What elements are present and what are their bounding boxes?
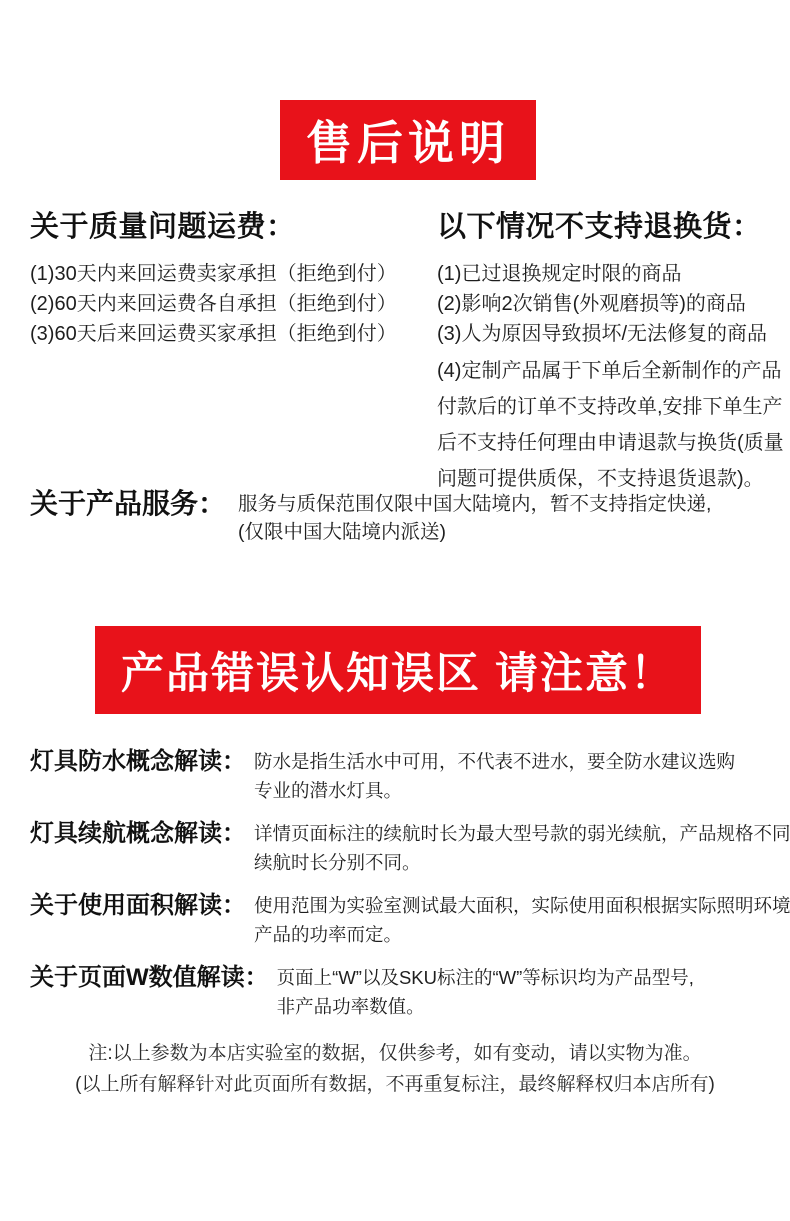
note-wattage-value-body: 页面上“W”以及SKU标注的“W”等标识均为产品型号, 非产品功率数值。 — [277, 963, 694, 1021]
no-return-paragraph-line: 后不支持任何理由申请退款与换货(质量 — [437, 425, 789, 461]
misconception-warning-label: 产品错误认知误区 请注意！ — [121, 640, 675, 701]
shipping-policy-heading: 关于质量问题运费： — [30, 207, 430, 247]
note-line: 产品的功率而定。 — [254, 920, 790, 949]
note-line: 防水是指生活水中可用，不代表不进水，要全防水建议选购 — [254, 747, 735, 776]
note-wattage-value-heading: 关于页面W数值解读： — [30, 963, 269, 992]
note-battery-life-heading: 灯具续航概念解读： — [30, 819, 246, 848]
footer-disclaimer-line: 注:以上参数为本店实验室的数据，仅供参考，如有变动，请以实物为准。 — [0, 1038, 790, 1069]
product-service-line: (仅限中国大陆境内派送) — [238, 518, 711, 546]
shipping-policy-section: 关于质量问题运费： (1)30天内来回运费卖家承担（拒绝到付） (2)60天内来… — [30, 207, 430, 349]
no-return-list: (1)已过退换规定时限的商品 (2)影响2次销售(外观磨损等)的商品 (3)人为… — [437, 259, 789, 349]
product-service-section: 关于产品服务： 服务与质保范围仅限中国大陆境内，暂不支持指定快递, (仅限中国大… — [30, 488, 711, 546]
product-service-body: 服务与质保范围仅限中国大陆境内，暂不支持指定快递, (仅限中国大陆境内派送) — [238, 488, 711, 546]
note-coverage-area-body: 使用范围为实验室测试最大面积，实际使用面积根据实际照明环境, 产品的功率而定。 — [254, 891, 790, 949]
no-return-custom-paragraph: (4)定制产品属于下单后全新制作的产品 付款后的订单不支持改单,安排下单生产 后… — [437, 353, 789, 497]
product-service-heading: 关于产品服务： — [30, 488, 226, 520]
note-waterproof-body: 防水是指生活水中可用，不代表不进水，要全防水建议选购 专业的潜水灯具。 — [254, 747, 735, 805]
after-sales-banner-label: 售后说明 — [306, 107, 510, 173]
note-line: 使用范围为实验室测试最大面积，实际使用面积根据实际照明环境, — [254, 891, 790, 920]
no-return-section: 以下情况不支持退换货： (1)已过退换规定时限的商品 (2)影响2次销售(外观磨… — [437, 207, 789, 497]
after-sales-banner: 售后说明 — [280, 100, 536, 180]
note-line: 页面上“W”以及SKU标注的“W”等标识均为产品型号, — [277, 963, 694, 992]
note-line: 详情页面标注的续航时长为最大型号款的弱光续航，产品规格不同 — [254, 819, 790, 848]
shipping-policy-item: (2)60天内来回运费各自承担（拒绝到付） — [30, 289, 430, 319]
note-wattage-value: 关于页面W数值解读： 页面上“W”以及SKU标注的“W”等标识均为产品型号, 非… — [30, 963, 775, 1021]
after-sales-page: 售后说明 关于质量问题运费： (1)30天内来回运费卖家承担（拒绝到付） (2)… — [0, 0, 790, 1221]
no-return-paragraph-line: (4)定制产品属于下单后全新制作的产品 — [437, 353, 789, 389]
note-battery-life: 灯具续航概念解读： 详情页面标注的续航时长为最大型号款的弱光续航，产品规格不同 … — [30, 819, 775, 877]
no-return-paragraph-line: 付款后的订单不支持改单,安排下单生产 — [437, 389, 789, 425]
concept-notes-section: 灯具防水概念解读： 防水是指生活水中可用，不代表不进水，要全防水建议选购 专业的… — [30, 747, 775, 1021]
shipping-policy-list: (1)30天内来回运费卖家承担（拒绝到付） (2)60天内来回运费各自承担（拒绝… — [30, 259, 430, 349]
footer-disclaimer-line: (以上所有解释针对此页面所有数据，不再重复标注，最终解释权归本店所有) — [0, 1069, 790, 1100]
no-return-item: (2)影响2次销售(外观磨损等)的商品 — [437, 289, 789, 319]
no-return-item: (3)人为原因导致损坏/无法修复的商品 — [437, 319, 789, 349]
note-coverage-area-heading: 关于使用面积解读： — [30, 891, 246, 920]
note-line: 非产品功率数值。 — [277, 992, 694, 1021]
note-waterproof-heading: 灯具防水概念解读： — [30, 747, 246, 776]
no-return-heading: 以下情况不支持退换货： — [437, 207, 789, 247]
note-coverage-area: 关于使用面积解读： 使用范围为实验室测试最大面积，实际使用面积根据实际照明环境,… — [30, 891, 775, 949]
footer-disclaimer: 注:以上参数为本店实验室的数据，仅供参考，如有变动，请以实物为准。 (以上所有解… — [0, 1038, 790, 1100]
note-battery-life-body: 详情页面标注的续航时长为最大型号款的弱光续航，产品规格不同 续航时长分别不同。 — [254, 819, 790, 877]
misconception-warning-banner: 产品错误认知误区 请注意！ — [95, 626, 701, 714]
shipping-policy-item: (3)60天后来回运费买家承担（拒绝到付） — [30, 319, 430, 349]
note-waterproof: 灯具防水概念解读： 防水是指生活水中可用，不代表不进水，要全防水建议选购 专业的… — [30, 747, 775, 805]
product-service-line: 服务与质保范围仅限中国大陆境内，暂不支持指定快递, — [238, 490, 711, 518]
shipping-policy-item: (1)30天内来回运费卖家承担（拒绝到付） — [30, 259, 430, 289]
no-return-item: (1)已过退换规定时限的商品 — [437, 259, 789, 289]
note-line: 续航时长分别不同。 — [254, 848, 790, 877]
note-line: 专业的潜水灯具。 — [254, 776, 735, 805]
